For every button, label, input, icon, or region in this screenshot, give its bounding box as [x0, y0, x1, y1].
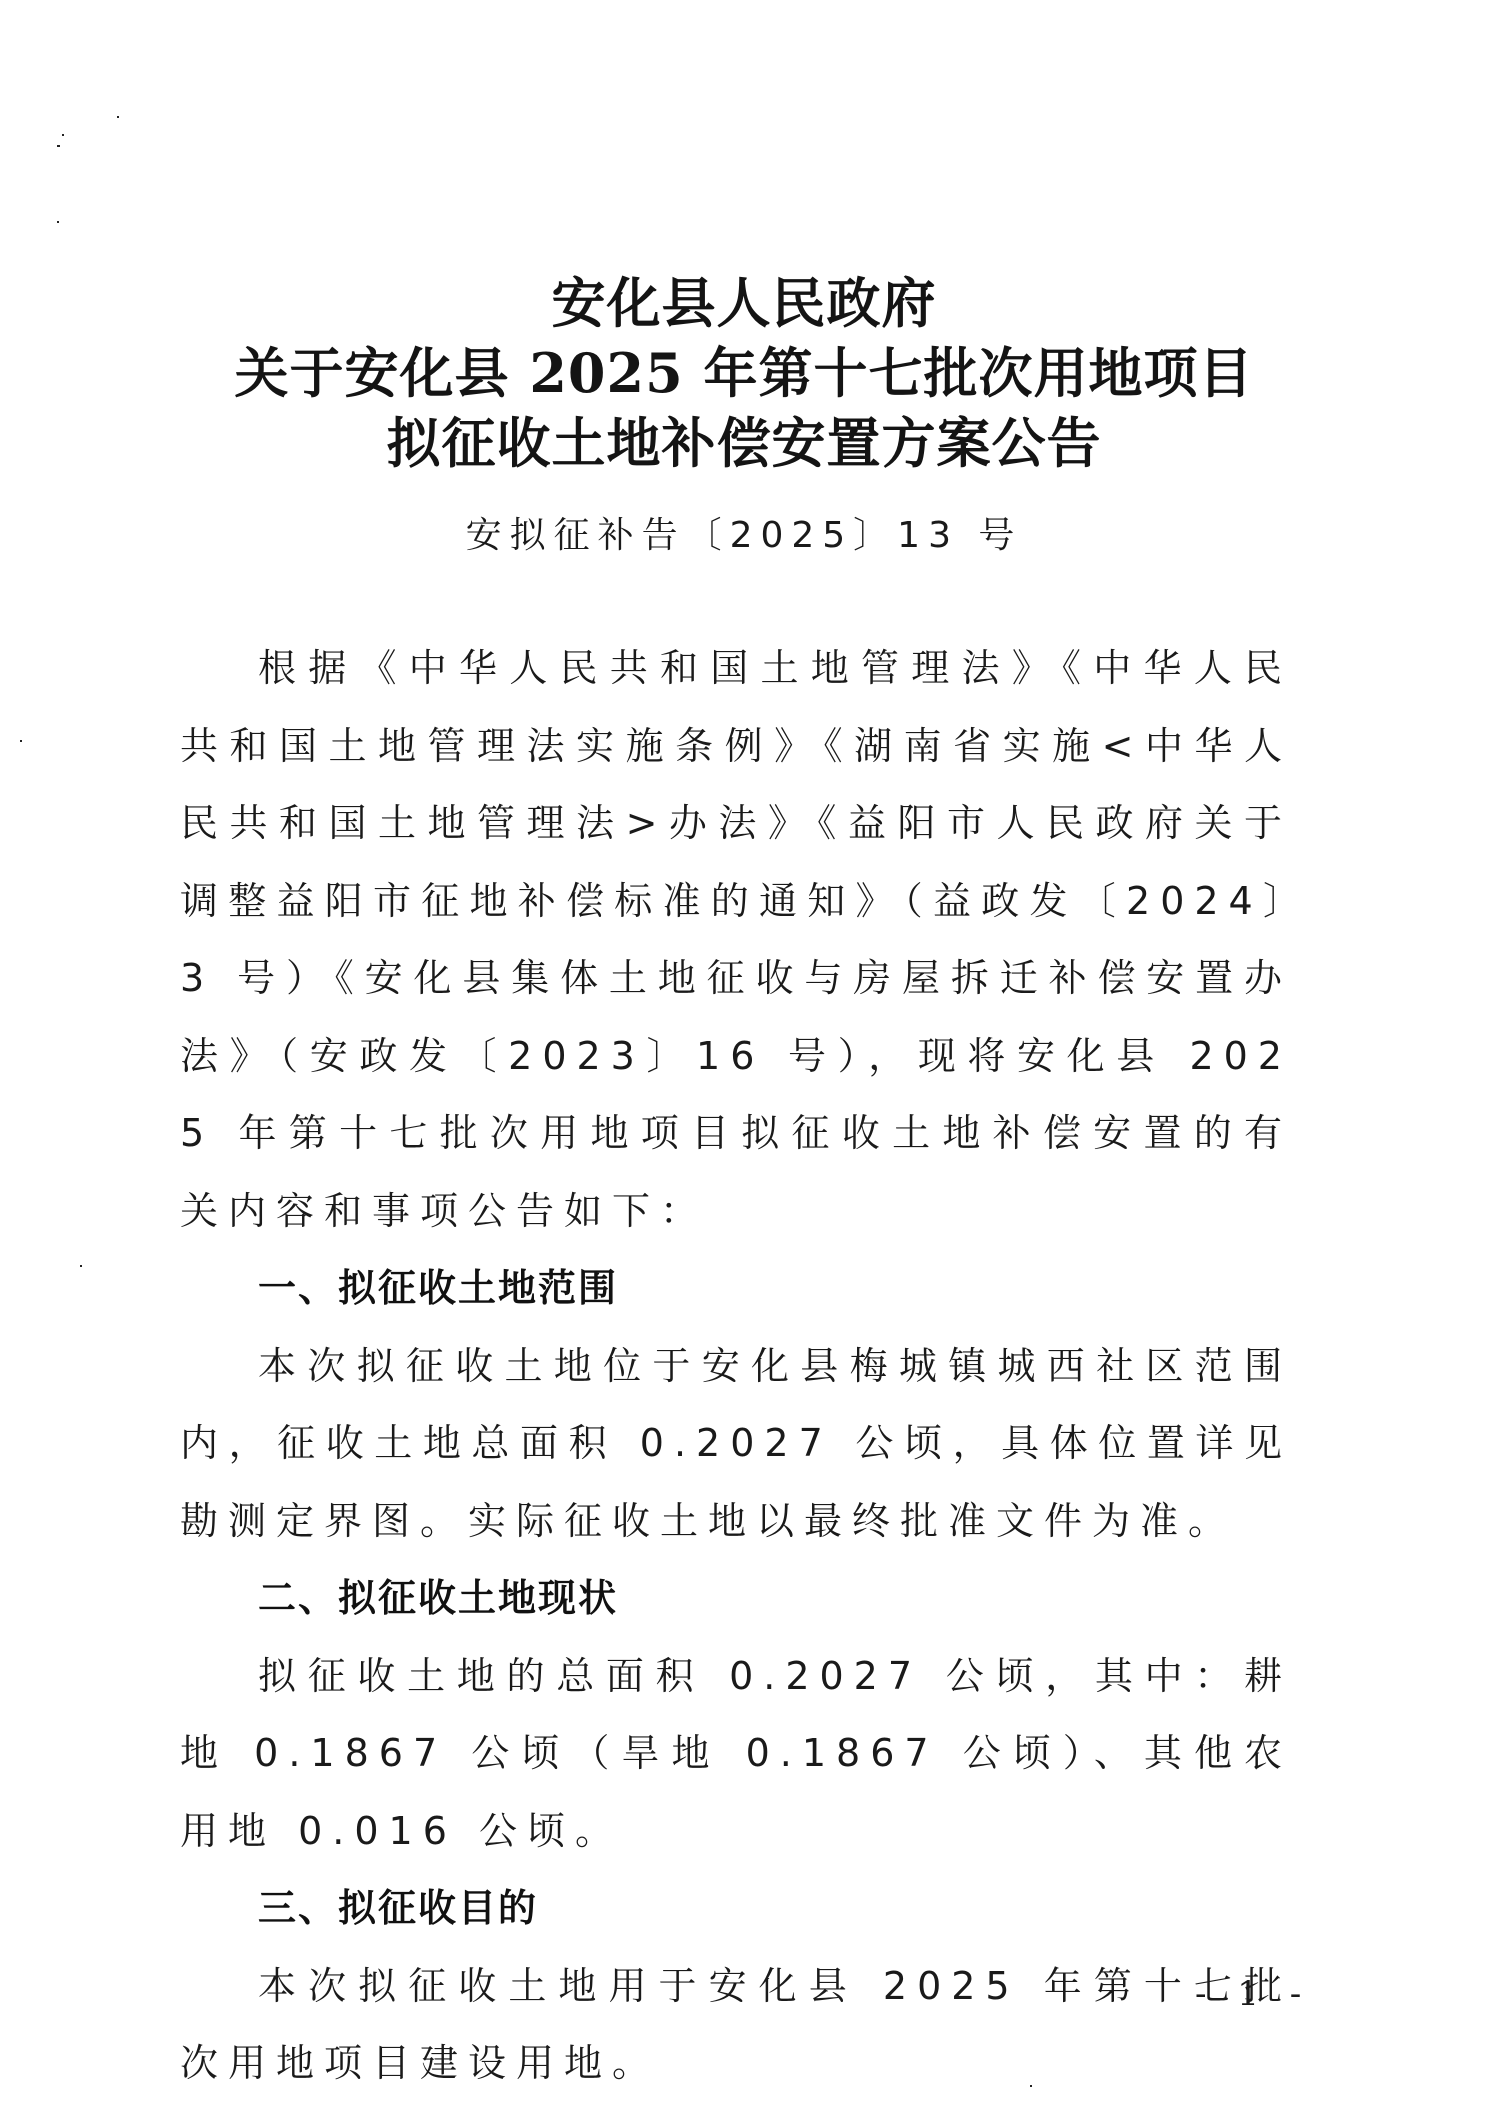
scan-speck: [20, 740, 22, 742]
title-line-type: 拟征收土地补偿安置方案公告: [0, 408, 1488, 478]
scan-speck: [117, 116, 119, 118]
intro-paragraph: 根据《中华人民共和国土地管理法》《中华人民共和国土地管理法实施条例》《湖南省实施…: [180, 630, 1292, 1250]
section-paragraph-purpose: 本次拟征收土地用于安化县 2025 年第十七批次用地项目建设用地。: [180, 1948, 1292, 2103]
section-heading-scope: 一、拟征收土地范围: [180, 1250, 1292, 1328]
page-number: - 1 -: [1195, 1972, 1311, 2016]
document-number: 安拟征补告〔2025〕13 号: [0, 512, 1488, 560]
scan-speck: [57, 145, 60, 147]
document-title: 安化县人民政府 关于安化县 2025 年第十七批次用地项目 拟征收土地补偿安置方…: [0, 268, 1488, 478]
section-paragraph-status: 拟征收土地的总面积 0.2027 公顷，其中：耕地 0.1867 公顷（旱地 0…: [180, 1638, 1292, 1871]
section-paragraph-scope: 本次拟征收土地位于安化县梅城镇城西社区范围内，征收土地总面积 0.2027 公顷…: [180, 1328, 1292, 1561]
title-line-issuer: 安化县人民政府: [0, 268, 1488, 338]
scan-speck: [80, 1265, 82, 1267]
title-line-subject: 关于安化县 2025 年第十七批次用地项目: [0, 338, 1488, 408]
section-heading-status: 二、拟征收土地现状: [180, 1560, 1292, 1638]
section-heading-purpose: 三、拟征收目的: [180, 1870, 1292, 1948]
scan-speck: [62, 134, 64, 136]
document-body: 根据《中华人民共和国土地管理法》《中华人民共和国土地管理法实施条例》《湖南省实施…: [180, 630, 1292, 2103]
document-page: 安化县人民政府 关于安化县 2025 年第十七批次用地项目 拟征收土地补偿安置方…: [0, 0, 1488, 2104]
scan-speck: [1030, 2085, 1032, 2087]
scan-speck: [57, 221, 59, 223]
